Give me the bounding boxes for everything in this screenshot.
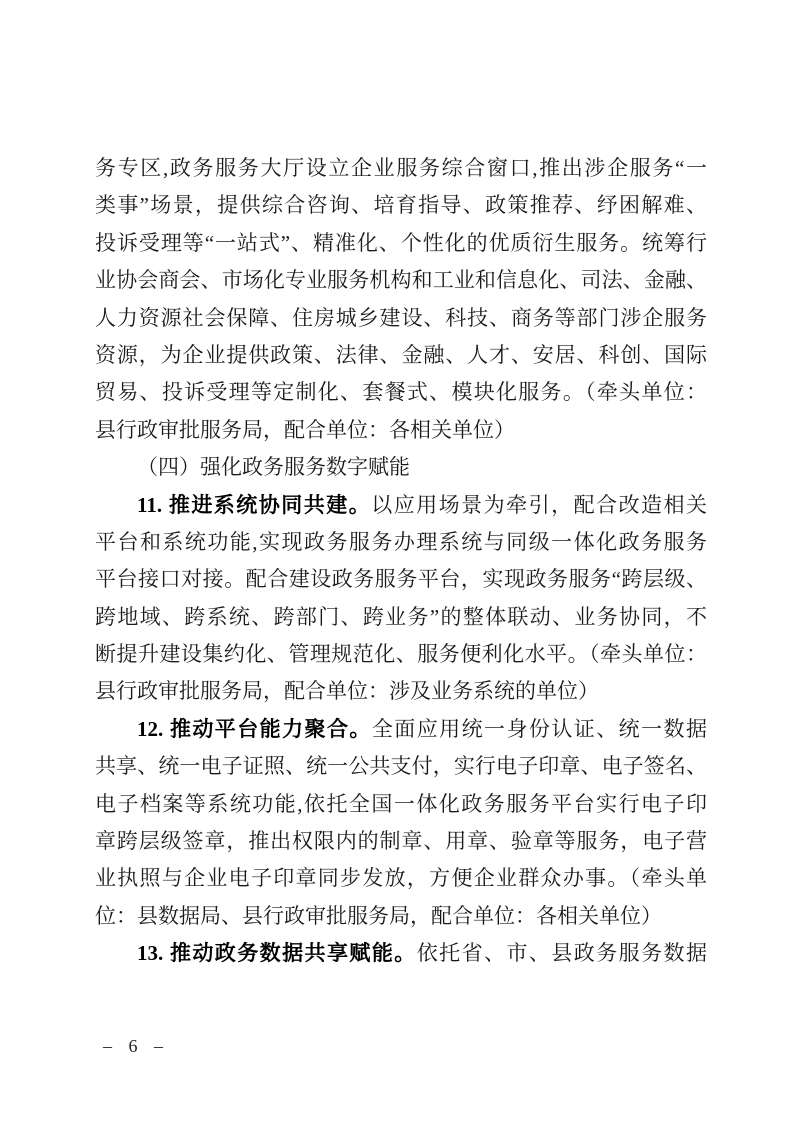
body-text: 县行政审批服务局，配合单位：各相关单位）	[95, 418, 515, 442]
body-text: 平台和系统功能,实现政务服务办理系统与同级一体化政务服务	[95, 530, 707, 554]
document-body: 务专区,政务服务大厅设立企业服务综合窗口,推出涉企服务“一 类事”场景，提供综合…	[95, 150, 707, 973]
text-line: 13. 推动政务数据共享赋能。依托省、市、县政务服务数据	[95, 935, 707, 972]
text-line: 11. 推进系统协同共建。以应用场景为牵引，配合改造相关	[95, 487, 707, 524]
body-text: 业协会商会、市场化专业服务机构和工业和信息化、司法、金融、	[95, 268, 707, 292]
text-line: 断提升建设集约化、管理规范化、服务便利化水平。（牵头单位：	[95, 636, 707, 673]
body-text: 贸易、投诉受理等定制化、套餐式、模块化服务。（牵头单位：	[95, 380, 707, 404]
text-line: 投诉受理等“一站式”、精准化、个性化的优质衍生服务。统筹行	[95, 225, 707, 262]
body-text: 依托省、市、县政务服务数据	[417, 941, 707, 965]
text-line: 业协会商会、市场化专业服务机构和工业和信息化、司法、金融、	[95, 262, 707, 299]
text-line: 电子档案等系统功能,依托全国一体化政务服务平台实行电子印	[95, 786, 707, 823]
text-line: 县行政审批服务局，配合单位：各相关单位）	[95, 412, 707, 449]
text-line: 位：县数据局、县行政审批服务局，配合单位：各相关单位）	[95, 898, 707, 935]
section-heading-text: （四）强化政务服务数字赋能	[137, 455, 410, 479]
text-line: 贸易、投诉受理等定制化、套餐式、模块化服务。（牵头单位：	[95, 374, 707, 411]
body-text: 以应用场景为牵引，配合改造相关	[371, 493, 707, 517]
text-line: 业执照与企业电子印章同步发放，方便企业群众办事。（牵头单	[95, 860, 707, 897]
body-text: 务专区,政务服务大厅设立企业服务综合窗口,推出涉企服务“一	[95, 156, 707, 180]
text-line: 12. 推动平台能力聚合。全面应用统一身份认证、统一数据	[95, 711, 707, 748]
text-line: 平台接口对接。配合建设政务服务平台，实现政务服务“跨层级、	[95, 561, 707, 598]
section-heading: （四）强化政务服务数字赋能	[95, 449, 707, 486]
body-text: 人力资源社会保障、住房城乡建设、科技、商务等部门涉企服务	[95, 306, 707, 330]
text-line: 人力资源社会保障、住房城乡建设、科技、商务等部门涉企服务	[95, 300, 707, 337]
item-number-heading: 13. 推动政务数据共享赋能。	[137, 941, 417, 965]
text-line: 章跨层级签章，推出权限内的制章、用章、验章等服务，电子营	[95, 823, 707, 860]
document-page: 务专区,政务服务大厅设立企业服务综合窗口,推出涉企服务“一 类事”场景，提供综合…	[0, 0, 793, 1122]
item-number-heading: 11. 推进系统协同共建。	[137, 493, 371, 517]
text-line: 平台和系统功能,实现政务服务办理系统与同级一体化政务服务	[95, 524, 707, 561]
text-line: 务专区,政务服务大厅设立企业服务综合窗口,推出涉企服务“一	[95, 150, 707, 187]
body-text: 全面应用统一身份认证、统一数据	[372, 717, 707, 741]
body-text: 投诉受理等“一站式”、精准化、个性化的优质衍生服务。统筹行	[95, 231, 707, 255]
body-text: 县行政审批服务局，配合单位：涉及业务系统的单位）	[95, 679, 599, 703]
page-number: – 6 –	[103, 1036, 165, 1057]
item-number-heading: 12. 推动平台能力聚合。	[137, 717, 372, 741]
body-text: 跨地域、跨系统、跨部门、跨业务”的整体联动、业务协同，不	[95, 605, 707, 629]
text-line: 县行政审批服务局，配合单位：涉及业务系统的单位）	[95, 673, 707, 710]
text-line: 跨地域、跨系统、跨部门、跨业务”的整体联动、业务协同，不	[95, 599, 707, 636]
body-text: 章跨层级签章，推出权限内的制章、用章、验章等服务，电子营	[95, 829, 707, 853]
body-text: 位：县数据局、县行政审批服务局，配合单位：各相关单位）	[95, 904, 662, 928]
text-line: 类事”场景，提供综合咨询、培育指导、政策推荐、纾困解难、	[95, 187, 707, 224]
body-text: 电子档案等系统功能,依托全国一体化政务服务平台实行电子印	[95, 792, 707, 816]
body-text: 断提升建设集约化、管理规范化、服务便利化水平。（牵头单位：	[95, 642, 707, 666]
body-text: 平台接口对接。配合建设政务服务平台，实现政务服务“跨层级、	[95, 567, 707, 591]
body-text: 类事”场景，提供综合咨询、培育指导、政策推荐、纾困解难、	[95, 193, 707, 217]
text-line: 共享、统一电子证照、统一公共支付，实行电子印章、电子签名、	[95, 748, 707, 785]
body-text: 业执照与企业电子印章同步发放，方便企业群众办事。（牵头单	[95, 866, 707, 890]
body-text: 共享、统一电子证照、统一公共支付，实行电子印章、电子签名、	[95, 754, 707, 778]
body-text: 资源，为企业提供政策、法律、金融、人才、安居、科创、国际	[95, 343, 707, 367]
text-line: 资源，为企业提供政策、法律、金融、人才、安居、科创、国际	[95, 337, 707, 374]
